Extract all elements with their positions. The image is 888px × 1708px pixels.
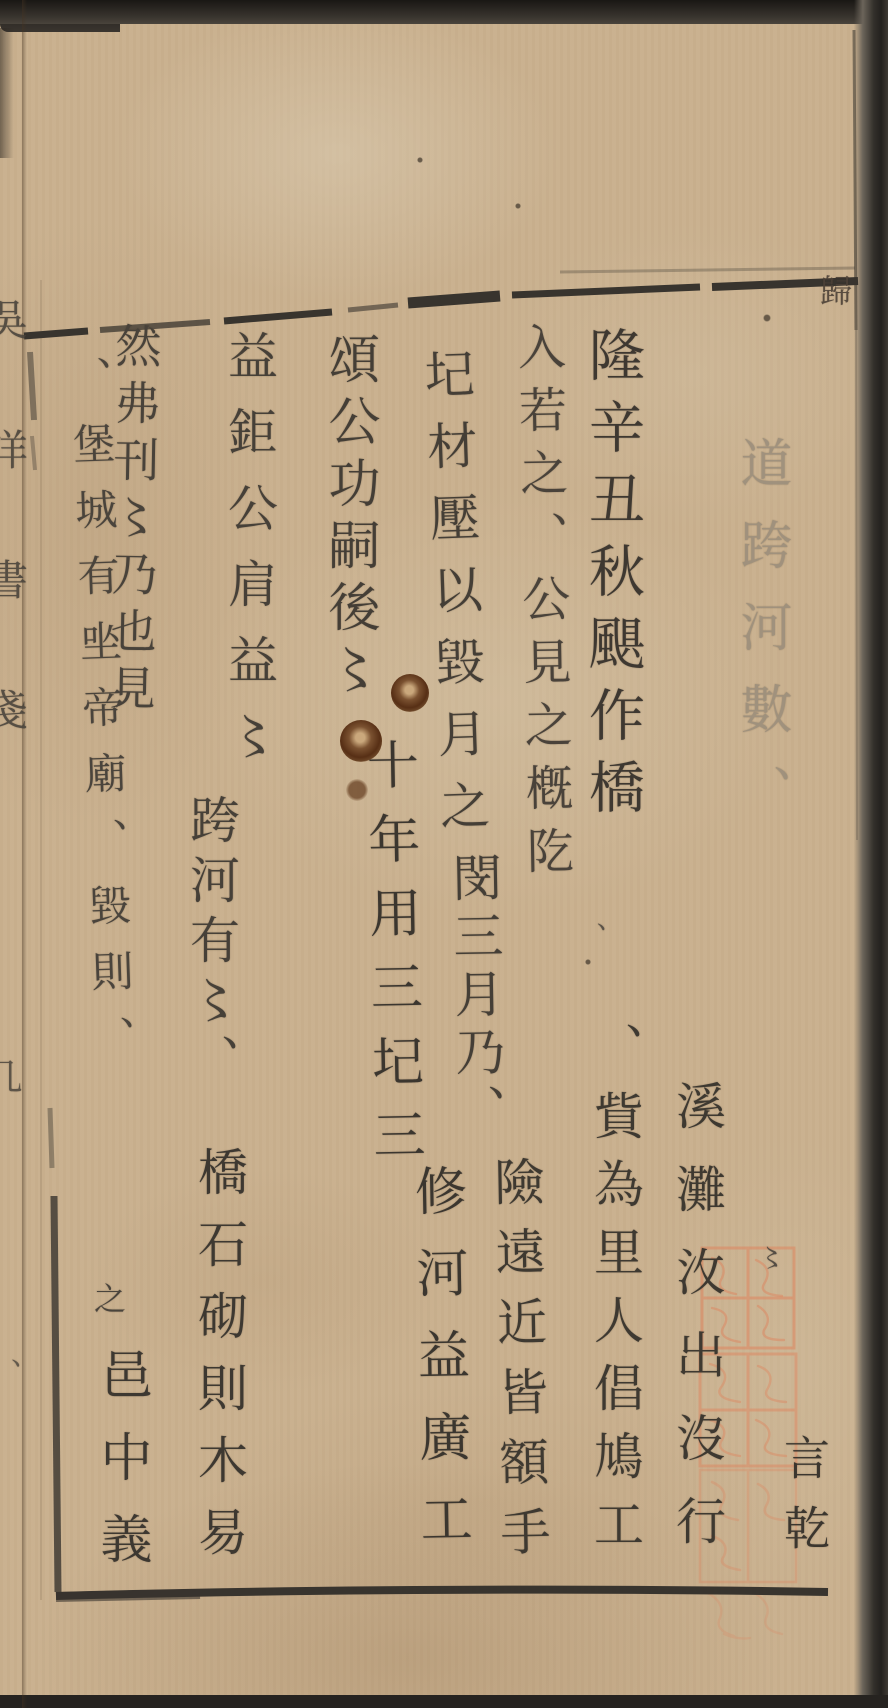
text-column: 道跨河數、 [734, 436, 786, 846]
ink-speck [417, 157, 423, 163]
text-column: 溪灘㳊出沒行 [672, 1080, 722, 1578]
text-columns: 道跨河數、隆辛丑秋颶作橋入若之、公見之槪阣圮材壓以毀月之閔三月乃、險遠近皆額手頌… [0, 0, 888, 1708]
adjacent-page-sliver-text: 几 [0, 1058, 20, 1098]
text-column: 之 [92, 1282, 124, 1322]
text-column: 、貲為里人倡鳩工 [590, 1022, 640, 1566]
manuscript-page: 道跨河數、隆辛丑秋颶作橋入若之、公見之槪阣圮材壓以毀月之閔三月乃、險遠近皆額手頌… [0, 0, 888, 1708]
paper-stain [346, 779, 368, 801]
text-column: 、 [576, 922, 604, 956]
text-column: 隆辛丑秋颶作橋 [584, 326, 640, 830]
text-column: 〻 [756, 1244, 782, 1278]
text-column: 圮材壓以毀月之 [420, 347, 488, 852]
text-column: 閔三月乃、 [448, 852, 503, 1143]
adjacent-page-sliver-text: 吳洋書戔 [0, 298, 24, 818]
adjacent-page-sliver-text: 、 [0, 1358, 18, 1392]
text-column: 跨河有〻、 [186, 794, 236, 1094]
text-column: 頌公功嗣後〻 [322, 332, 374, 704]
text-column: 修河益廣工 [408, 1164, 467, 1575]
ink-speck [515, 203, 521, 209]
text-column: 險遠近皆額手 [490, 1156, 547, 1577]
text-column: 益鉅公肩益〻 [224, 330, 274, 786]
text-column: 十年用三圮三 [360, 738, 420, 1183]
marginalia-mark: 歸 [818, 274, 850, 306]
ink-speck [763, 314, 771, 322]
text-column: 邑中義 [94, 1348, 146, 1594]
text-column: 言乾 [780, 1434, 826, 1574]
text-column: 橋石砌則木易 [194, 1146, 244, 1578]
text-column: 入若之、公見之槪阣 [512, 322, 570, 890]
ink-speck [585, 959, 591, 965]
paper-stain [340, 720, 382, 762]
paper-stain [391, 674, 429, 712]
